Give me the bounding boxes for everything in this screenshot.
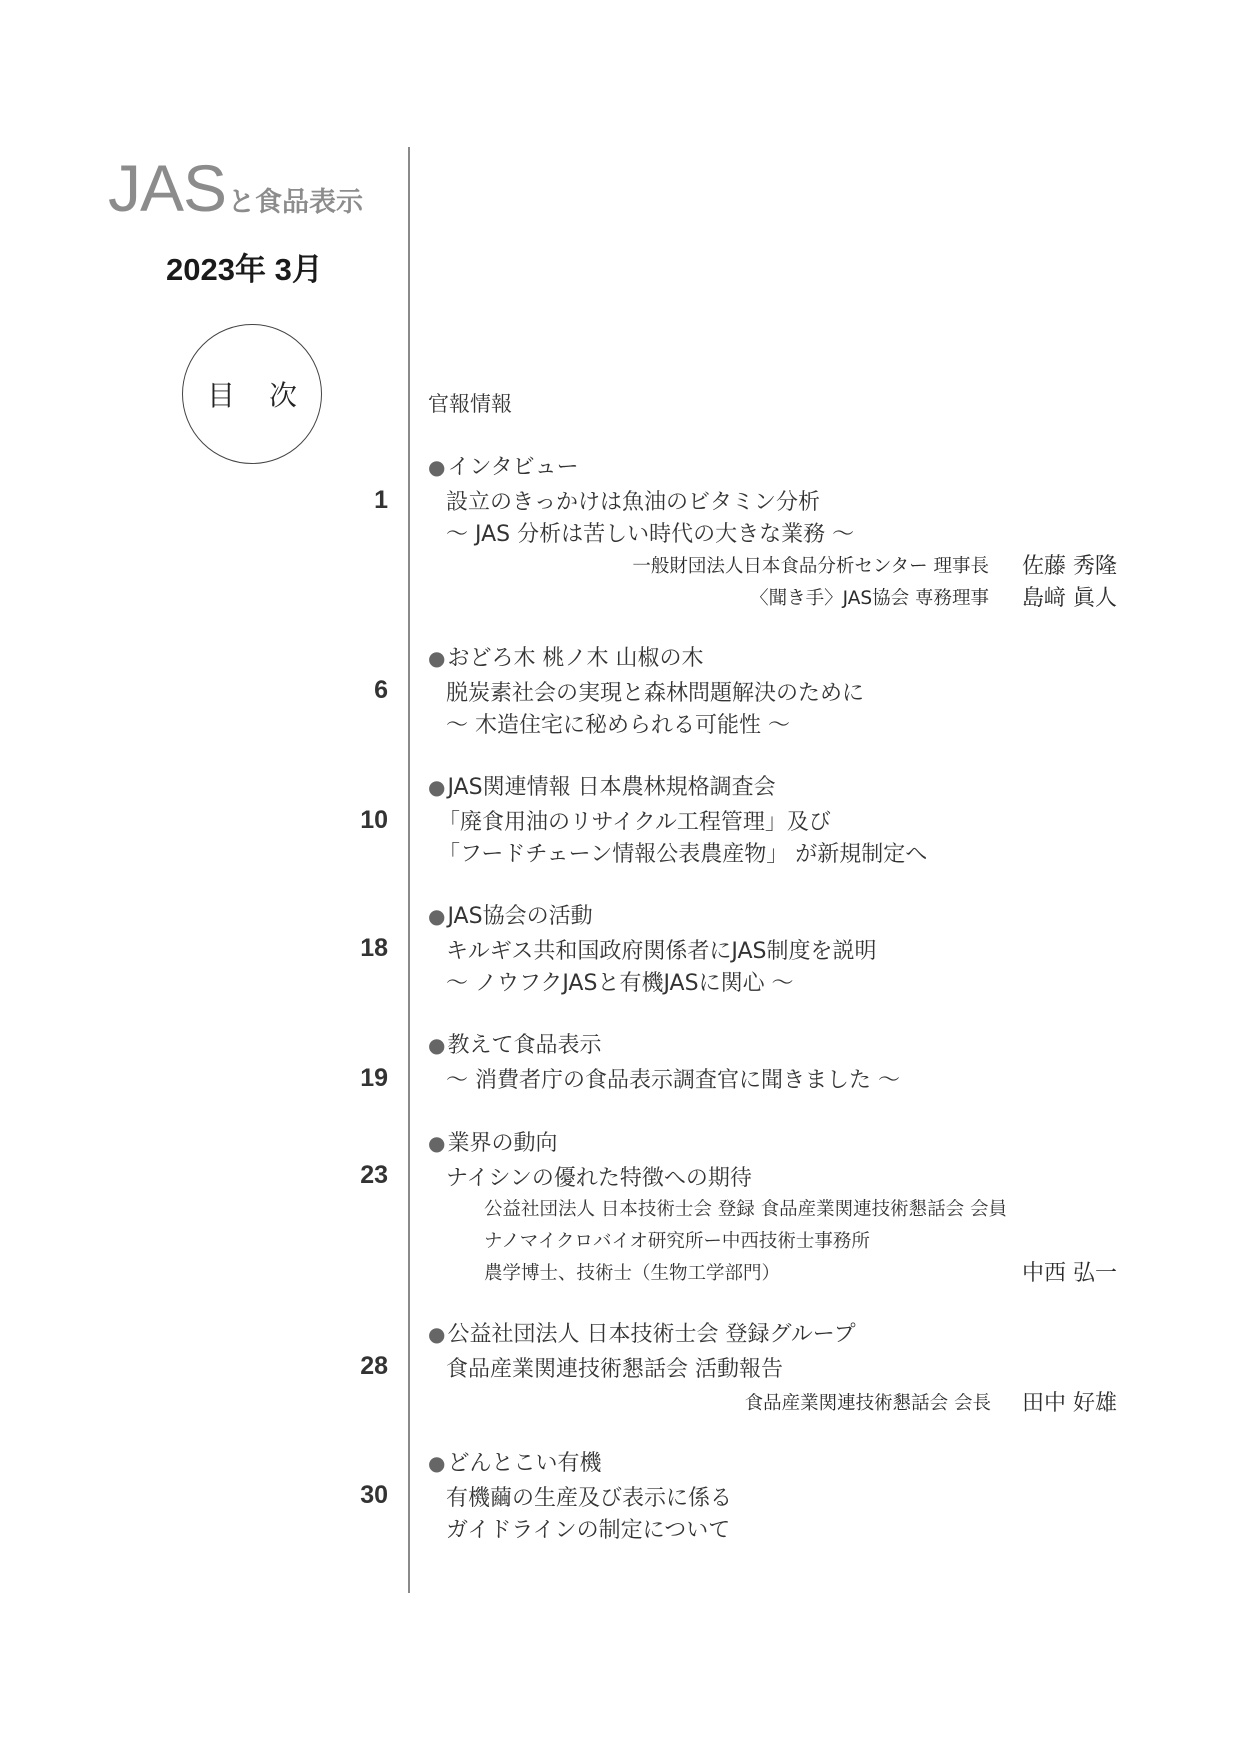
page-number[interactable]: 28 — [318, 1352, 388, 1381]
toc-title-circle: 目 次 — [182, 324, 322, 464]
page-number[interactable]: 1 — [318, 486, 388, 515]
page-number[interactable]: 30 — [318, 1481, 388, 1510]
toc-entry-category: ●インタビュー — [428, 450, 579, 481]
bullet-icon: ● — [428, 904, 445, 928]
bullet-icon: ● — [428, 455, 445, 479]
page-number[interactable]: 6 — [318, 676, 388, 705]
toc-entry-title[interactable]: キルギス共和国政府関係者にJAS制度を説明 — [446, 934, 876, 965]
toc-entry-subtitle[interactable]: ～ JAS 分析は苦しい時代の大きな業務 ～ — [446, 517, 854, 548]
toc-entry-title[interactable]: 設立のきっかけは魚油のビタミン分析 — [446, 485, 820, 516]
toc-entry-category: ●JAS協会の活動 — [428, 899, 593, 930]
toc-entry-category: ●どんとこい有機 — [428, 1446, 601, 1477]
toc-entry-title[interactable]: ～ 消費者庁の食品表示調査官に聞きました ～ — [446, 1063, 900, 1094]
toc-entry-subtitle[interactable]: ～ ノウフクJASと有機JASに関心 ～ — [446, 966, 794, 997]
bullet-icon: ● — [428, 646, 445, 670]
credit-affiliation: 食品産業関連技術懇話会 会長 — [745, 1389, 991, 1415]
magazine-title-subtitle: と食品表示 — [228, 187, 363, 218]
toc-entry-title[interactable]: ナイシンの優れた特徴への期待 — [446, 1161, 752, 1192]
page-number[interactable]: 23 — [318, 1161, 388, 1190]
credit-name: 島﨑 眞人 — [1022, 581, 1117, 612]
magazine-title-jas: JAS — [108, 151, 226, 225]
author-affiliation: 農学博士、技術士（生物工学部門） — [484, 1259, 780, 1285]
toc-entry-title[interactable]: 有機繭の生産及び表示に係る — [446, 1481, 732, 1512]
toc-entry-subtitle[interactable]: 「フードチェーン情報公表農産物」 が新規制定へ — [438, 837, 927, 868]
toc-entry-category: ●おどろ木 桃ノ木 山椒の木 — [428, 641, 703, 672]
credit-name: 田中 好雄 — [1022, 1386, 1117, 1417]
toc-entry-title[interactable]: 食品産業関連技術懇話会 活動報告 — [446, 1352, 783, 1383]
vertical-divider — [408, 147, 410, 1593]
bullet-icon: ● — [428, 775, 445, 799]
toc-title-char-1: 目 — [207, 374, 235, 414]
issue-date: 2023年 3月 — [166, 244, 323, 289]
toc-entry-subtitle[interactable]: ガイドラインの制定について — [446, 1513, 730, 1544]
credit-affiliation: 一般財団法人日本食品分析センター 理事長 — [632, 552, 989, 578]
credit-name: 佐藤 秀隆 — [1022, 549, 1117, 580]
toc-title-char-2: 次 — [269, 374, 297, 414]
author-affiliation: 公益社団法人 日本技術士会 登録 食品産業関連技術懇話会 会員 — [484, 1195, 1007, 1221]
bullet-icon: ● — [428, 1451, 445, 1475]
credit-affiliation: 〈聞き手〉JAS協会 専務理事 — [750, 584, 989, 610]
toc-entry-category: ●業界の動向 — [428, 1126, 557, 1157]
page-number[interactable]: 18 — [318, 934, 388, 963]
bullet-icon: ● — [428, 1322, 445, 1346]
toc-entry-title[interactable]: 脱炭素社会の実現と森林問題解決のために — [446, 676, 864, 707]
page-number[interactable]: 19 — [318, 1064, 388, 1093]
toc-entry-category: ●教えて食品表示 — [428, 1028, 601, 1059]
toc-entry-category: ●公益社団法人 日本技術士会 登録グループ — [428, 1317, 856, 1348]
page-number[interactable]: 10 — [318, 806, 388, 835]
magazine-title: JASと食品表示 — [108, 150, 363, 226]
toc-entry-category: ●JAS関連情報 日本農林規格調査会 — [428, 770, 776, 801]
bullet-icon: ● — [428, 1131, 445, 1155]
toc-entry-title[interactable]: 「廃食用油のリサイクル工程管理」及び — [438, 805, 831, 836]
author-affiliation: ナノマイクロバイオ研究所ー中西技術士事務所 — [484, 1227, 870, 1253]
section-header: 官報情報 — [428, 388, 512, 418]
toc-entry-subtitle[interactable]: ～ 木造住宅に秘められる可能性 ～ — [446, 708, 790, 739]
author-name: 中西 弘一 — [1022, 1256, 1117, 1287]
bullet-icon: ● — [428, 1033, 445, 1057]
